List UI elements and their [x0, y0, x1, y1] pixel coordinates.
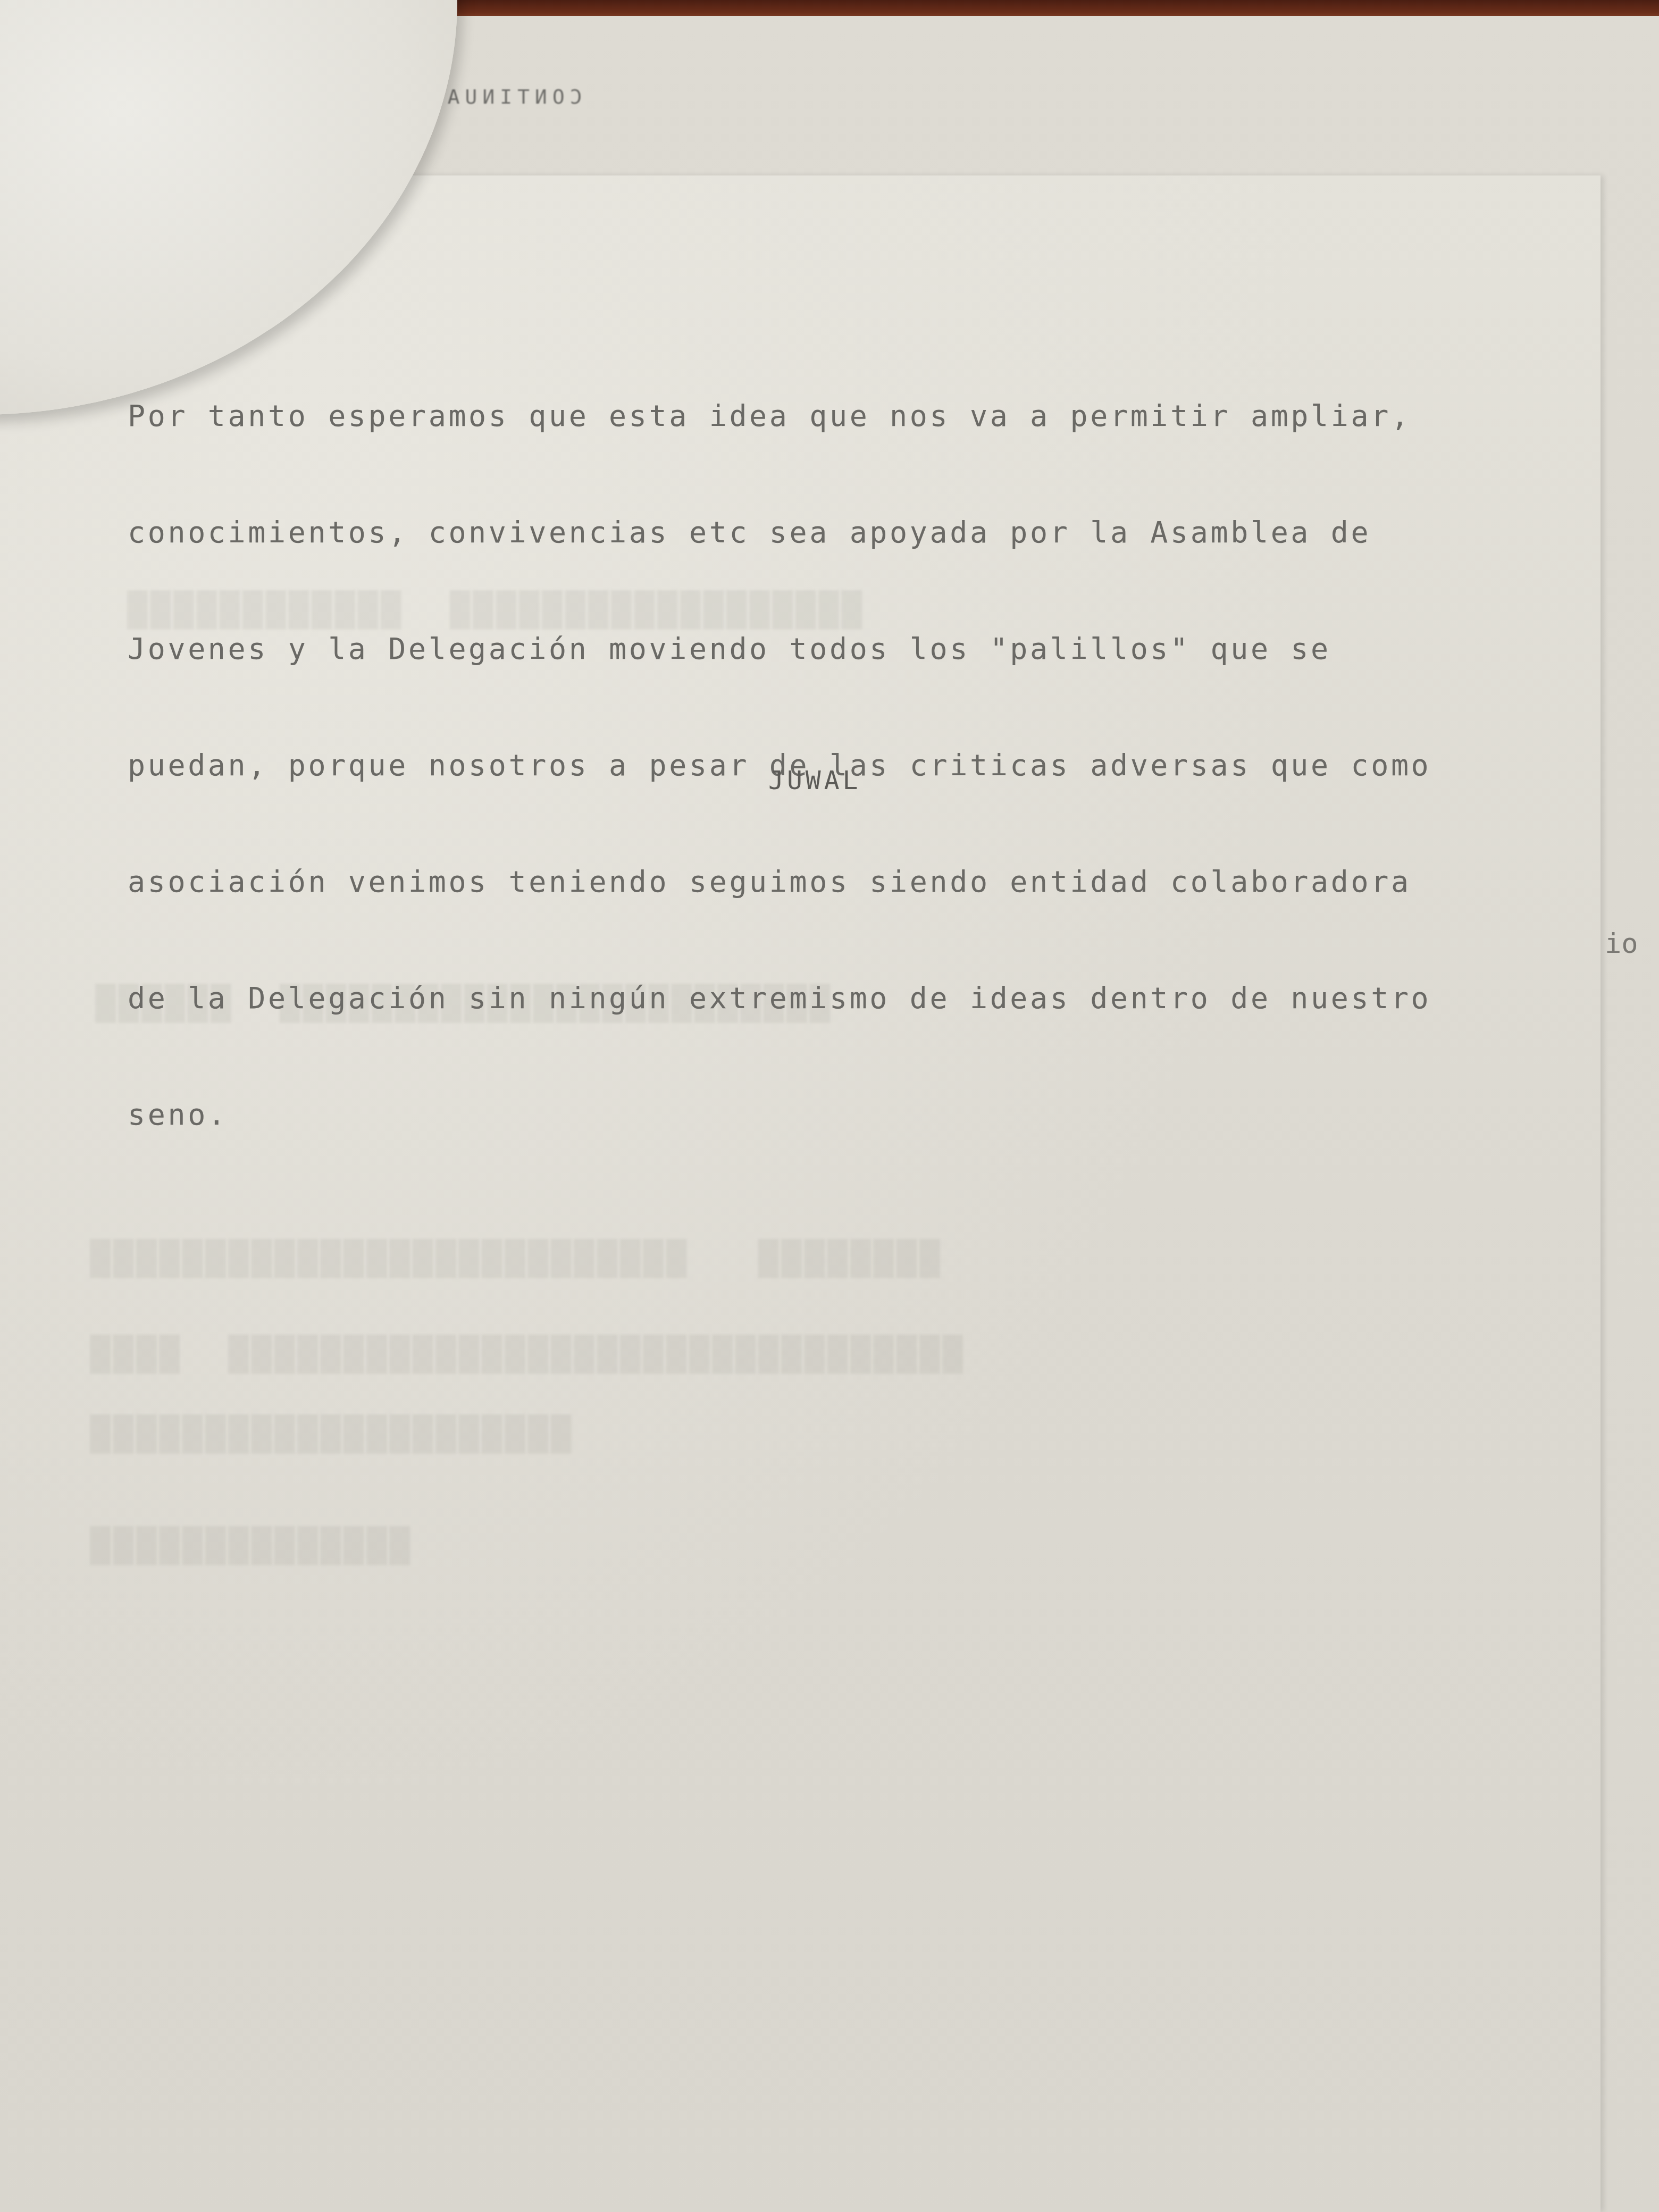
- bleed-through-text: ████ ████████████████████████████████: [90, 1335, 966, 1373]
- body-line: conocimientos, convivencias etc sea apoy…: [128, 513, 1595, 552]
- signature: JUWAL: [768, 766, 861, 795]
- bleed-through-text: █████████████████████: [90, 1414, 574, 1453]
- body-line: de la Delegación sin ningún extremismo d…: [128, 979, 1595, 1018]
- body-paragraph: Por tanto esperamos que esta idea que no…: [128, 319, 1595, 1173]
- body-line: Jovenes y la Delegación moviendo todos l…: [128, 630, 1595, 668]
- body-line: seno.: [128, 1095, 1595, 1134]
- bleed-through-text: ██████████████████████████ ████████: [90, 1239, 943, 1278]
- bleed-through-text: ██████████████: [90, 1526, 413, 1565]
- underlying-page-margin-text: io: [1605, 928, 1638, 960]
- body-line: asociación venimos teniendo seguimos sie…: [128, 862, 1595, 901]
- body-line: puedan, porque nosotros a pesar de las c…: [128, 746, 1595, 785]
- body-line: Por tanto esperamos que esta idea que no…: [128, 397, 1595, 435]
